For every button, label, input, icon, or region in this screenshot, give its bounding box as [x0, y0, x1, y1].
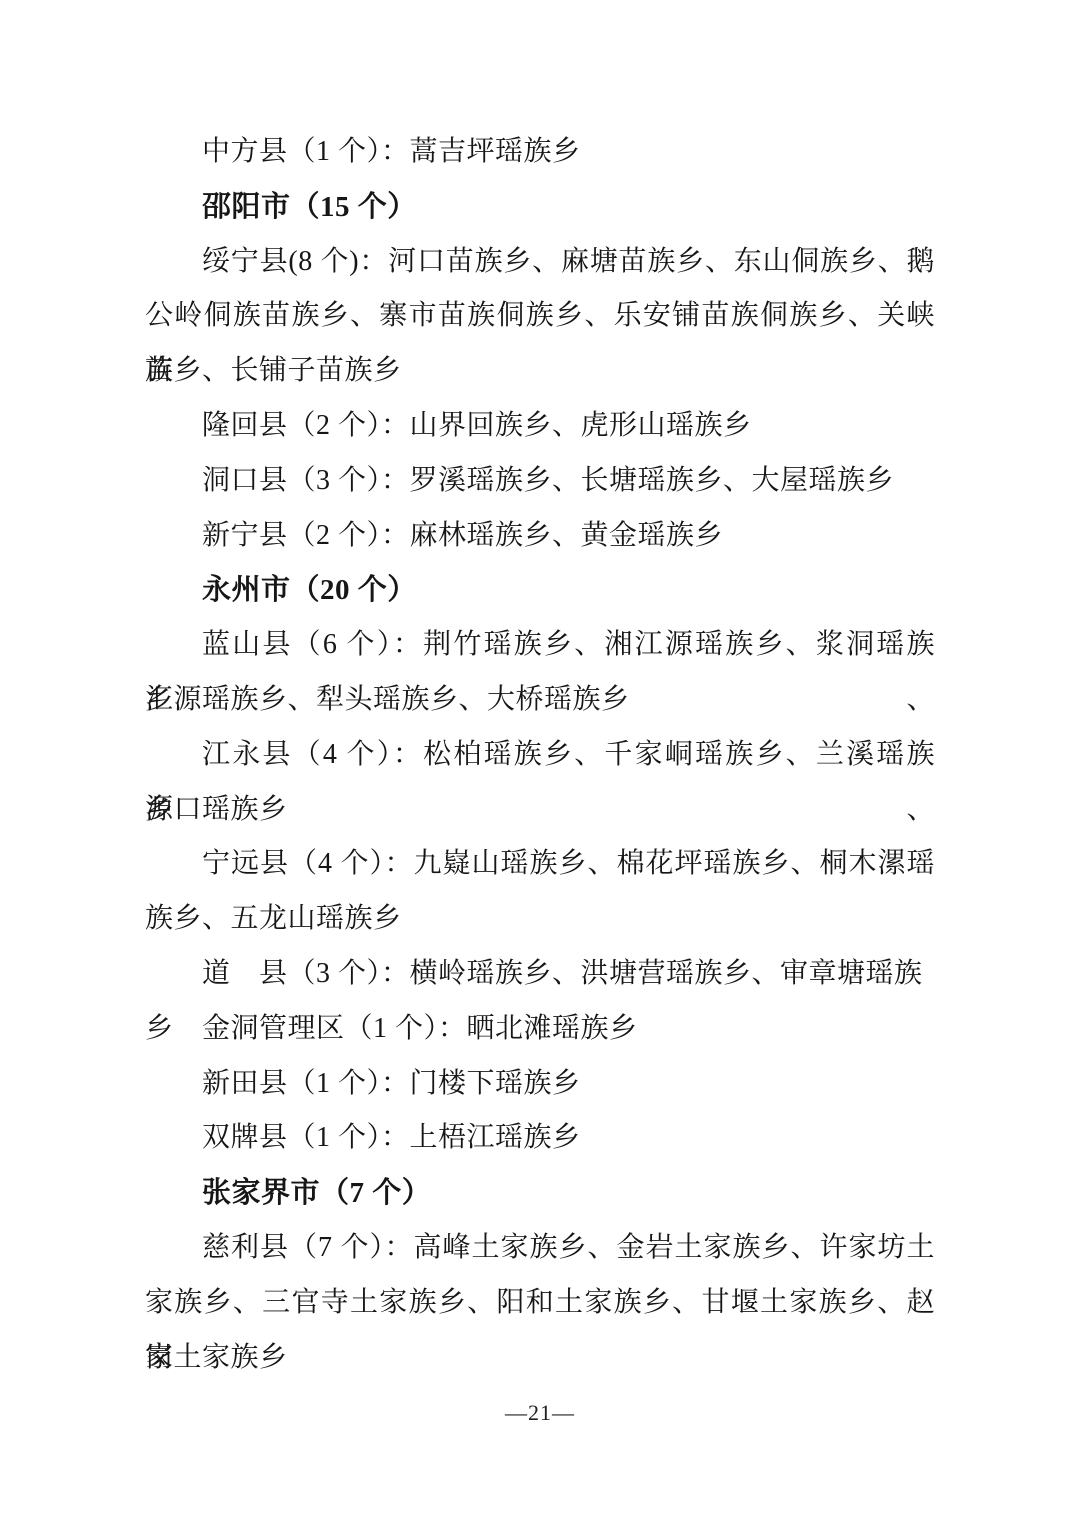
line-cili-1: 慈利县（7 个）：高峰土家族乡、金岩土家族乡、许家坊土	[145, 1221, 935, 1276]
line-cili-2: 家族乡、三官寺土家族乡、阳和土家族乡、甘堰土家族乡、赵家	[145, 1276, 935, 1331]
header-shaoyang-city: 邵阳市（15 个）	[145, 180, 935, 235]
line-jiangyong-1: 江永县（4 个）：松柏瑶族乡、千家峒瑶族乡、兰溪瑶族乡、	[145, 728, 935, 783]
line-xinning: 新宁县（2 个）：麻林瑶族乡、黄金瑶族乡	[145, 509, 935, 564]
line-lanshan-1: 蓝山县（6 个）：荆竹瑶族乡、湘江源瑶族乡、浆洞瑶族乡、	[145, 618, 935, 673]
line-cili-3: 岗土家族乡	[145, 1331, 935, 1386]
line-daoxian: 道 县（3 个）：横岭瑶族乡、洪塘营瑶族乡、审章塘瑶族乡	[145, 947, 935, 1002]
line-jindong: 金洞管理区（1 个）：晒北滩瑶族乡	[145, 1002, 935, 1057]
line-longhui: 隆回县（2 个）：山界回族乡、虎形山瑶族乡	[145, 399, 935, 454]
line-ningyuan-1: 宁远县（4 个）：九嶷山瑶族乡、棉花坪瑶族乡、桐木漯瑶	[145, 837, 935, 892]
page-number: —21—	[0, 1400, 1080, 1426]
line-suining-2: 公岭侗族苗族乡、寨市苗族侗族乡、乐安铺苗族侗族乡、关峡苗	[145, 289, 935, 344]
line-zhongfang: 中方县（1 个）：蒿吉坪瑶族乡	[145, 125, 935, 180]
line-suining-1: 绥宁县(8 个)：河口苗族乡、麻塘苗族乡、东山侗族乡、鹅	[145, 235, 935, 290]
document-page: 中方县（1 个）：蒿吉坪瑶族乡 邵阳市（15 个） 绥宁县(8 个)：河口苗族乡…	[0, 0, 1080, 1527]
line-dongkou: 洞口县（3 个）：罗溪瑶族乡、长塘瑶族乡、大屋瑶族乡	[145, 454, 935, 509]
line-suining-3: 族乡、长铺子苗族乡	[145, 344, 935, 399]
document-body: 中方县（1 个）：蒿吉坪瑶族乡 邵阳市（15 个） 绥宁县(8 个)：河口苗族乡…	[145, 125, 935, 1385]
line-xintian: 新田县（1 个）：门楼下瑶族乡	[145, 1057, 935, 1112]
header-zhangjiajie-city: 张家界市（7 个）	[145, 1166, 935, 1221]
line-shuangpai: 双牌县（1 个）：上梧江瑶族乡	[145, 1111, 935, 1166]
line-ningyuan-2: 族乡、五龙山瑶族乡	[145, 892, 935, 947]
header-yongzhou-city: 永州市（20 个）	[145, 563, 935, 618]
